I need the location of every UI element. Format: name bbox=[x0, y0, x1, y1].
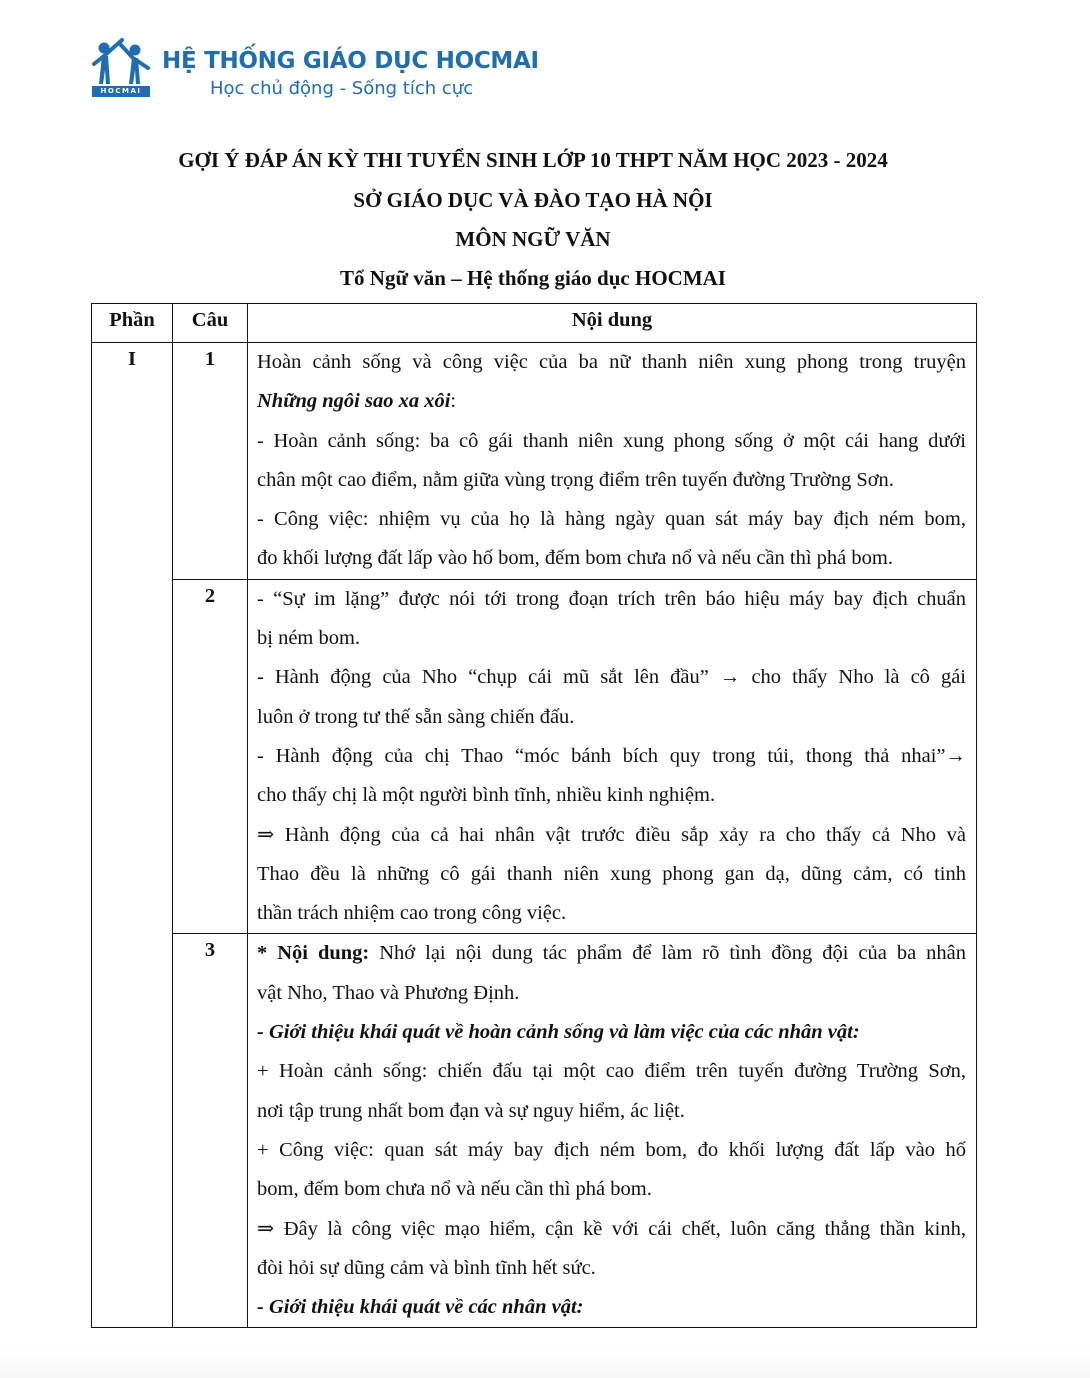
answer-line: ⇒ Hành động của cả hai nhân vật trước đi… bbox=[257, 816, 966, 855]
answer-line: Hoàn cảnh sống và công việc của ba nữ th… bbox=[257, 343, 966, 382]
answer-text: thần trách nhiệm cao trong công việc. bbox=[257, 902, 566, 924]
document-title: GỢI Ý ĐÁP ÁN KỲ THI TUYỂN SINH LỚP 10 TH… bbox=[0, 148, 1066, 173]
emphasis-text: - Giới thiệu khái quát về các nhân vật: bbox=[257, 1296, 583, 1318]
answer-line: * Nội dung: Nhớ lại nội dung tác phẩm để… bbox=[257, 934, 966, 973]
logo-title: HỆ THỐNG GIÁO DỤC HOCMAI bbox=[162, 48, 539, 74]
hocmai-logo: HOCMAI HỆ THỐNG GIÁO DỤC HOCMAI Học chủ … bbox=[90, 38, 540, 102]
answer-text: bị ném bom. bbox=[257, 627, 360, 649]
header-content: Nội dung bbox=[248, 304, 977, 343]
answer-line: Thao đều là những cô gái thanh niên xung… bbox=[257, 855, 966, 894]
answer-line: bom, đếm bom chưa nổ và nếu cần thì phá … bbox=[257, 1170, 966, 1209]
answer-text: đòi hỏi sự dũng cảm và bình tĩnh hết sức… bbox=[257, 1257, 596, 1279]
answer-line: bị ném bom. bbox=[257, 619, 966, 658]
answer-line: - Hành động của Nho “chụp cái mũ sắt lên… bbox=[257, 658, 966, 697]
answer-line: - Giới thiệu khái quát về các nhân vật: bbox=[257, 1288, 966, 1327]
answer-text: - Hành động của chị Thao “móc bánh bích … bbox=[257, 745, 966, 767]
answer-line: chân một cao điểm, nằm giữa vùng trọng đ… bbox=[257, 461, 966, 500]
question-number-cell: 3 bbox=[173, 934, 248, 1328]
answer-line: + Hoàn cảnh sống: chiến đấu tại một cao … bbox=[257, 1052, 966, 1091]
logo-badge: HOCMAI bbox=[92, 86, 150, 97]
table-row: I1Hoàn cảnh sống và công việc của ba nữ … bbox=[92, 343, 977, 580]
part-cell: I bbox=[92, 343, 173, 1328]
answer-line: luôn ở trong tư thế sẵn sàng chiến đấu. bbox=[257, 698, 966, 737]
document-author: Tổ Ngữ văn – Hệ thống giáo dục HOCMAI bbox=[0, 266, 1066, 291]
answer-table: Phần Câu Nội dung I1Hoàn cảnh sống và cô… bbox=[91, 303, 977, 1328]
answer-text: vật Nho, Thao và Phương Định. bbox=[257, 982, 519, 1004]
answer-text: cho thấy chị là một người bình tĩnh, nhi… bbox=[257, 784, 715, 806]
answer-content-cell: * Nội dung: Nhớ lại nội dung tác phẩm để… bbox=[248, 934, 977, 1328]
answer-text: - Hoàn cảnh sống: ba cô gái thanh niên x… bbox=[257, 430, 966, 452]
emphasis-text: * Nội dung: bbox=[257, 942, 369, 964]
table-row: 2- “Sự im lặng” được nói tới trong đoạn … bbox=[92, 579, 977, 934]
answer-text: ⇒ Đây là công việc mạo hiểm, cận kề với … bbox=[257, 1218, 966, 1240]
header-question: Câu bbox=[173, 304, 248, 343]
answer-line: - Hành động của chị Thao “móc bánh bích … bbox=[257, 737, 966, 776]
answer-text: + Hoàn cảnh sống: chiến đấu tại một cao … bbox=[257, 1060, 966, 1082]
answer-text: ⇒ Hành động của cả hai nhân vật trước đi… bbox=[257, 824, 966, 846]
table-row: 3* Nội dung: Nhớ lại nội dung tác phẩm đ… bbox=[92, 934, 977, 1328]
question-number-cell: 1 bbox=[173, 343, 248, 580]
answer-text: Nhớ lại nội dung tác phẩm để làm rõ tình… bbox=[369, 942, 966, 964]
answer-line: cho thấy chị là một người bình tĩnh, nhi… bbox=[257, 776, 966, 815]
answer-text: đo khối lượng đất lấp vào hố bom, đếm bo… bbox=[257, 547, 893, 569]
answer-content-cell: Hoàn cảnh sống và công việc của ba nữ th… bbox=[248, 343, 977, 580]
page-bottom-shade bbox=[0, 1348, 1090, 1378]
answer-line: vật Nho, Thao và Phương Định. bbox=[257, 974, 966, 1013]
answer-text: - Hành động của Nho “chụp cái mũ sắt lên… bbox=[257, 666, 966, 688]
answer-line: Những ngôi sao xa xôi: bbox=[257, 382, 966, 421]
answer-line: - Hoàn cảnh sống: ba cô gái thanh niên x… bbox=[257, 422, 966, 461]
table-header-row: Phần Câu Nội dung bbox=[92, 304, 977, 343]
answer-line: thần trách nhiệm cao trong công việc. bbox=[257, 894, 966, 933]
document-authority: SỞ GIÁO DỤC VÀ ĐÀO TẠO HÀ NỘI bbox=[0, 188, 1066, 213]
answer-text: luôn ở trong tư thế sẵn sàng chiến đấu. bbox=[257, 706, 574, 728]
emphasis-text: Những ngôi sao xa xôi bbox=[257, 390, 450, 412]
answer-content-cell: - “Sự im lặng” được nói tới trong đoạn t… bbox=[248, 579, 977, 934]
answer-line: - Giới thiệu khái quát về hoàn cảnh sống… bbox=[257, 1013, 966, 1052]
answer-text: - “Sự im lặng” được nói tới trong đoạn t… bbox=[257, 588, 966, 610]
answer-line: - “Sự im lặng” được nói tới trong đoạn t… bbox=[257, 580, 966, 619]
answer-text: Thao đều là những cô gái thanh niên xung… bbox=[257, 863, 966, 885]
answer-line: đo khối lượng đất lấp vào hố bom, đếm bo… bbox=[257, 539, 966, 578]
answer-text: - Công việc: nhiệm vụ của họ là hàng ngà… bbox=[257, 508, 966, 530]
answer-text: chân một cao điểm, nằm giữa vùng trọng đ… bbox=[257, 469, 894, 491]
answer-text: Hoàn cảnh sống và công việc của ba nữ th… bbox=[257, 351, 966, 373]
logo-slogan: Học chủ động - Sống tích cực bbox=[210, 78, 473, 99]
answer-line: nơi tập trung nhất bom đạn và sự nguy hi… bbox=[257, 1092, 966, 1131]
answer-text: : bbox=[450, 390, 456, 412]
emphasis-text: - Giới thiệu khái quát về hoàn cảnh sống… bbox=[257, 1021, 860, 1043]
header-part: Phần bbox=[92, 304, 173, 343]
answer-line: - Công việc: nhiệm vụ của họ là hàng ngà… bbox=[257, 500, 966, 539]
answer-line: + Công việc: quan sát máy bay địch ném b… bbox=[257, 1131, 966, 1170]
answer-text: bom, đếm bom chưa nổ và nếu cần thì phá … bbox=[257, 1178, 652, 1200]
answer-line: đòi hỏi sự dũng cảm và bình tĩnh hết sức… bbox=[257, 1249, 966, 1288]
answer-line: ⇒ Đây là công việc mạo hiểm, cận kề với … bbox=[257, 1210, 966, 1249]
question-number-cell: 2 bbox=[173, 579, 248, 934]
answer-text: + Công việc: quan sát máy bay địch ném b… bbox=[257, 1139, 966, 1161]
answer-text: nơi tập trung nhất bom đạn và sự nguy hi… bbox=[257, 1100, 685, 1122]
document-subject: MÔN NGỮ VĂN bbox=[0, 227, 1066, 252]
